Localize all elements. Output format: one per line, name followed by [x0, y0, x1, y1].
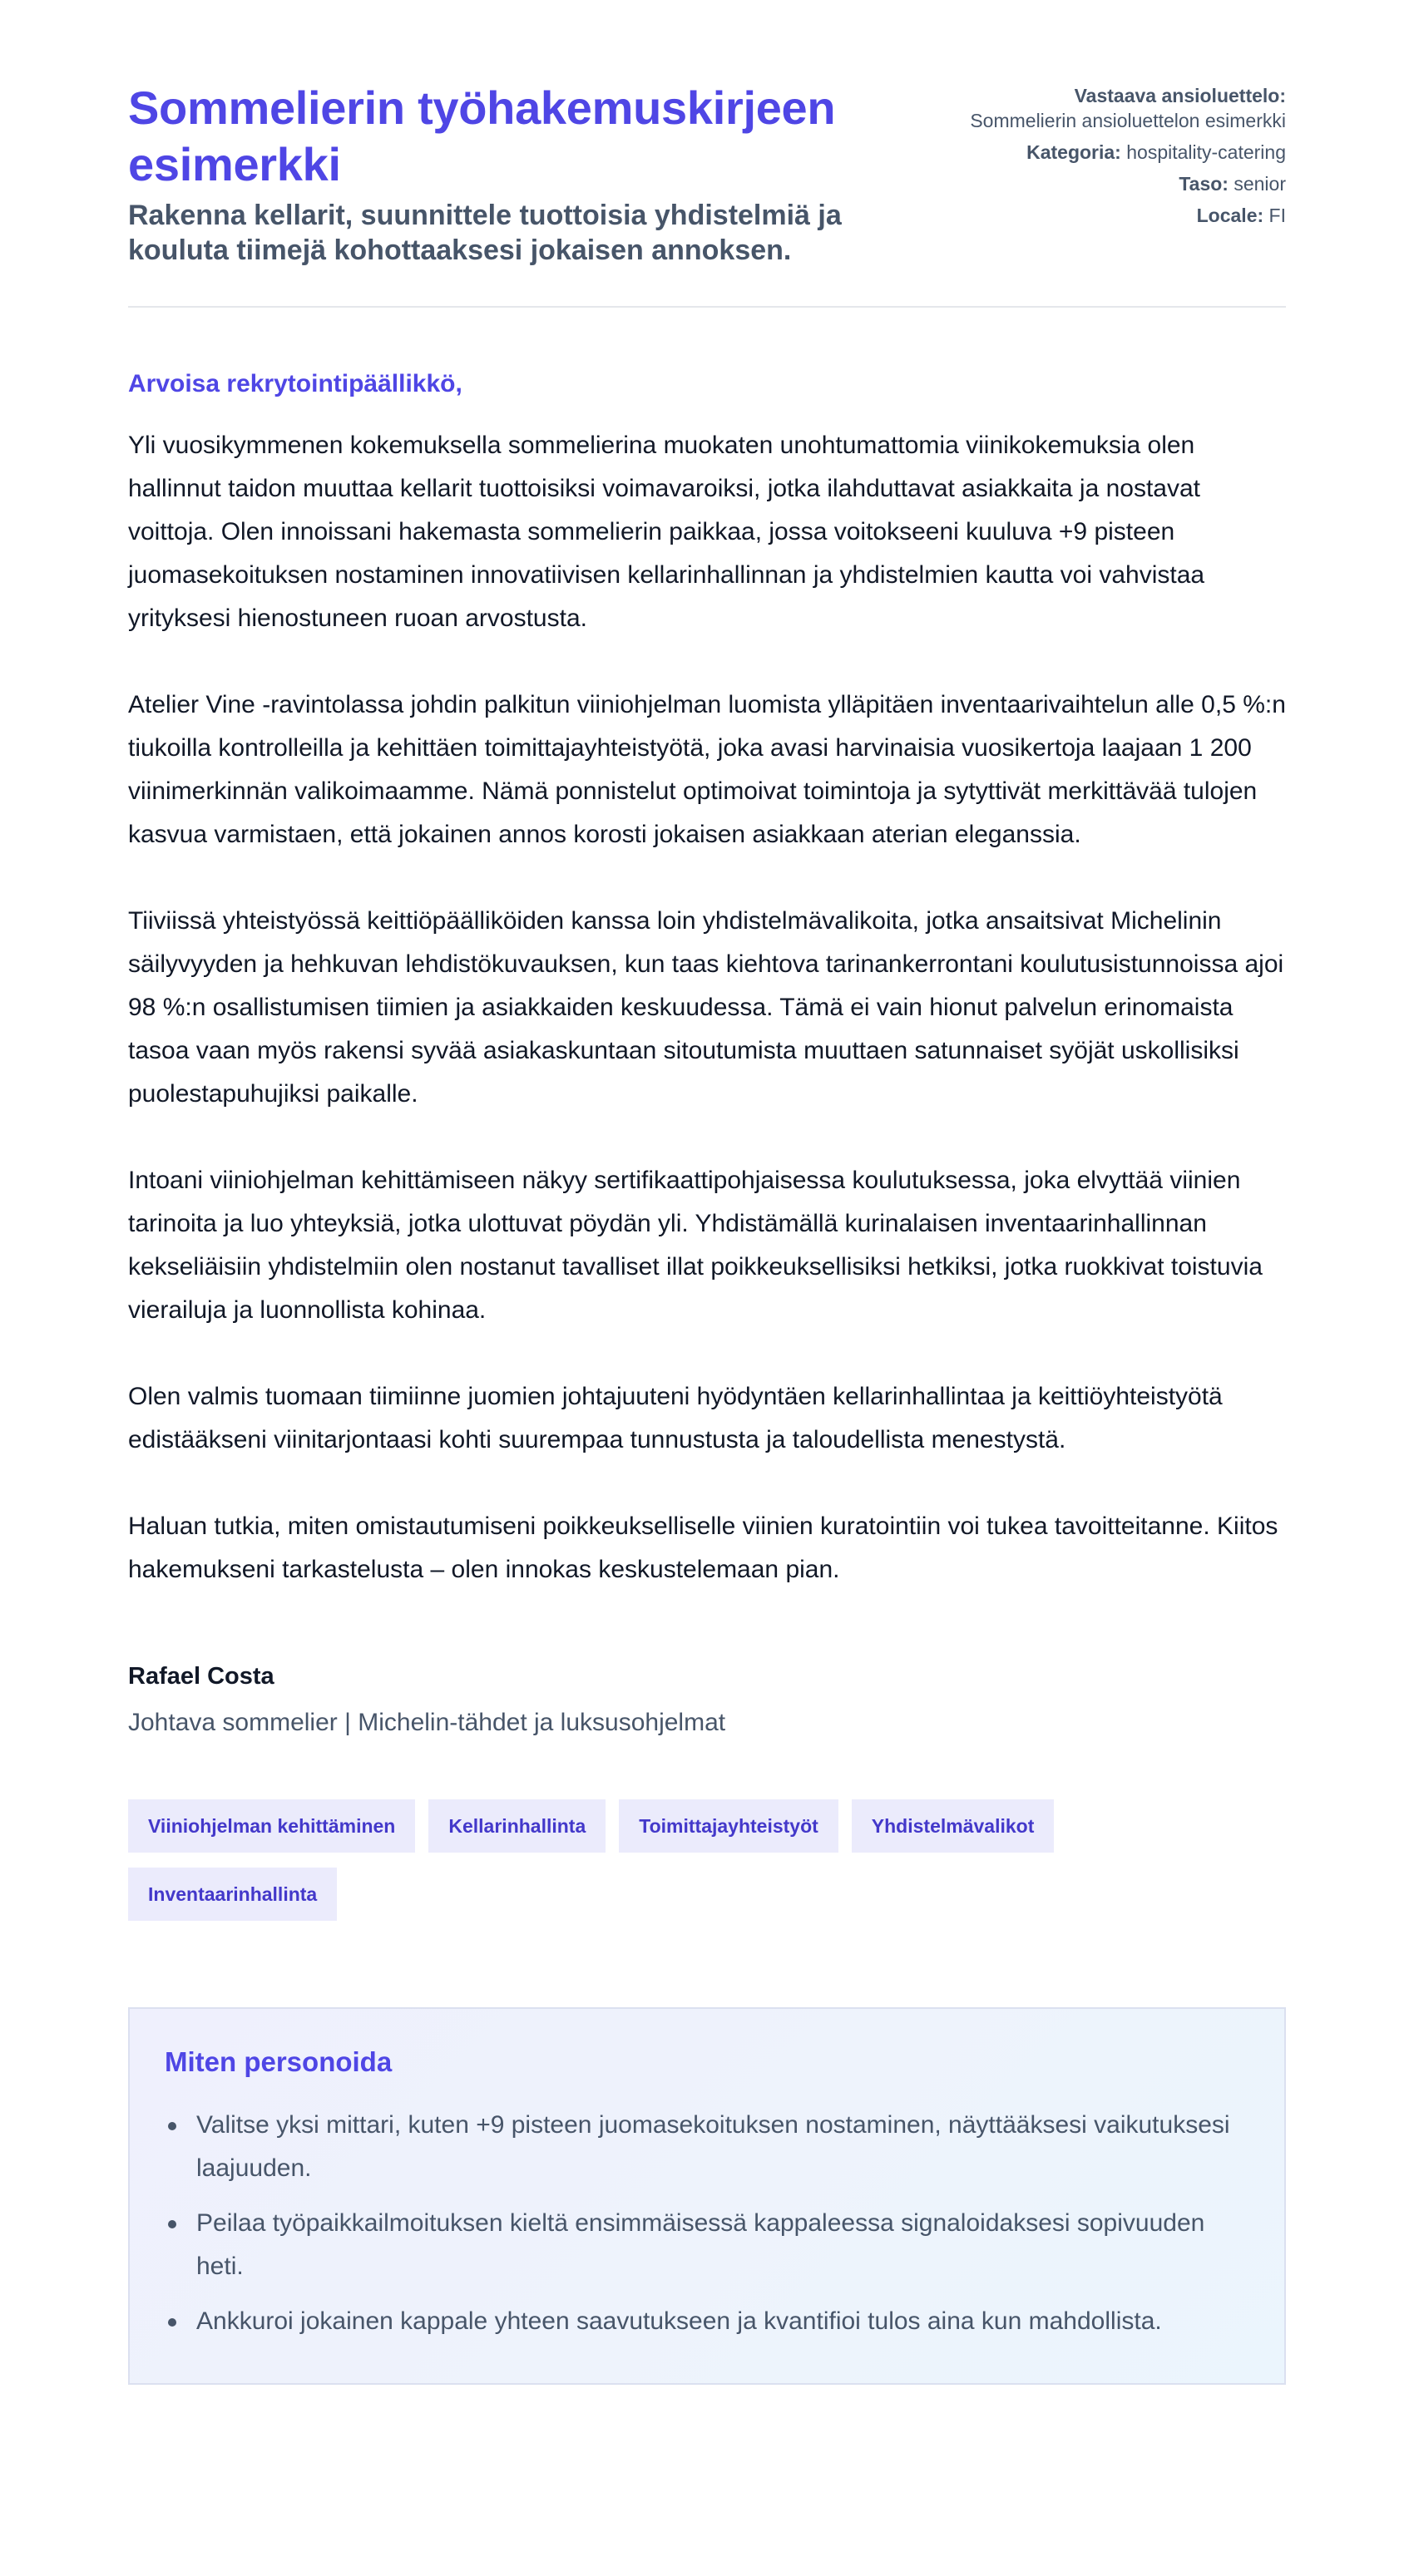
meta-level: Taso: senior — [970, 171, 1286, 196]
tips-item: Peilaa työpaikkailmoituksen kieltä ensim… — [165, 2202, 1249, 2288]
tips-item-text: Valitse yksi mittari, kuten +9 pisteen j… — [196, 2111, 1230, 2182]
skill-tag[interactable]: Inventaarinhallinta — [128, 1868, 337, 1921]
letter-body: Arvoisa rekrytointipäällikkö, Yli vuosik… — [128, 368, 1286, 1591]
letter-paragraph: Intoani viiniohjelman kehittämiseen näky… — [128, 1159, 1286, 1332]
meta-related-resume: Vastaava ansioluettelo: Sommelierin ansi… — [970, 83, 1286, 133]
skill-tags: Viiniohjelman kehittäminen Kellarinhalli… — [128, 1799, 1126, 1921]
meta-locale-value: FI — [1269, 205, 1286, 226]
signature-block: Rafael Costa Johtava sommelier | Micheli… — [128, 1660, 1286, 1740]
meta-category: Kategoria: hospitality-catering — [970, 140, 1286, 165]
tips-item-text: Ankkuroi jokainen kappale yhteen saavutu… — [196, 2307, 1162, 2335]
salutation: Arvoisa rekrytointipäällikkö, — [128, 368, 1286, 401]
meta-locale: Locale: FI — [970, 203, 1286, 228]
tips-item-text: Peilaa työpaikkailmoituksen kieltä ensim… — [196, 2209, 1204, 2280]
skill-tag[interactable]: Yhdistelmävalikot — [852, 1799, 1055, 1853]
page-header: Sommelierin työhakemuskirjeen esimerkki … — [128, 80, 1286, 308]
tips-item: Valitse yksi mittari, kuten +9 pisteen j… — [165, 2104, 1249, 2190]
meta-related-resume-label: Vastaava ansioluettelo: — [970, 83, 1286, 108]
meta-panel: Vastaava ansioluettelo: Sommelierin ansi… — [970, 80, 1286, 234]
meta-level-label: Taso: — [1179, 173, 1229, 195]
header-titles: Sommelierin työhakemuskirjeen esimerkki … — [128, 80, 927, 268]
skill-tag[interactable]: Kellarinhallinta — [428, 1799, 606, 1853]
meta-related-resume-value: Sommelierin ansioluettelon esimerkki — [970, 108, 1286, 133]
letter-paragraph: Yli vuosikymmenen kokemuksella sommelier… — [128, 424, 1286, 640]
signature-title: Johtava sommelier | Michelin-tähdet ja l… — [128, 1706, 1286, 1740]
page-title: Sommelierin työhakemuskirjeen esimerkki — [128, 80, 927, 193]
personalization-tips: Miten personoida Valitse yksi mittari, k… — [128, 2007, 1286, 2385]
meta-category-value: hospitality-catering — [1126, 141, 1286, 163]
letter-paragraph: Atelier Vine -ravintolassa johdin palkit… — [128, 683, 1286, 856]
page-subtitle: Rakenna kellarit, suunnittele tuottoisia… — [128, 198, 927, 268]
skill-tag[interactable]: Viiniohjelman kehittäminen — [128, 1799, 415, 1853]
letter-paragraph: Tiiviissä yhteistyössä keittiöpäälliköid… — [128, 900, 1286, 1116]
meta-locale-label: Locale: — [1197, 205, 1264, 226]
bullet-icon — [168, 2122, 176, 2130]
letter-paragraph: Haluan tutkia, miten omistautumiseni poi… — [128, 1505, 1286, 1591]
signature-name: Rafael Costa — [128, 1660, 1286, 1693]
letter-paragraph: Olen valmis tuomaan tiimiinne juomien jo… — [128, 1375, 1286, 1462]
tips-list: Valitse yksi mittari, kuten +9 pisteen j… — [165, 2104, 1249, 2343]
meta-category-label: Kategoria: — [1026, 141, 1121, 163]
tips-item: Ankkuroi jokainen kappale yhteen saavutu… — [165, 2300, 1249, 2343]
skill-tag[interactable]: Toimittajayhteistyöt — [619, 1799, 838, 1853]
bullet-icon — [168, 2220, 176, 2228]
meta-level-value: senior — [1234, 173, 1286, 195]
tips-title: Miten personoida — [165, 2044, 1249, 2080]
cover-letter-page: Sommelierin työhakemuskirjeen esimerkki … — [0, 0, 1414, 2451]
bullet-icon — [168, 2318, 176, 2327]
